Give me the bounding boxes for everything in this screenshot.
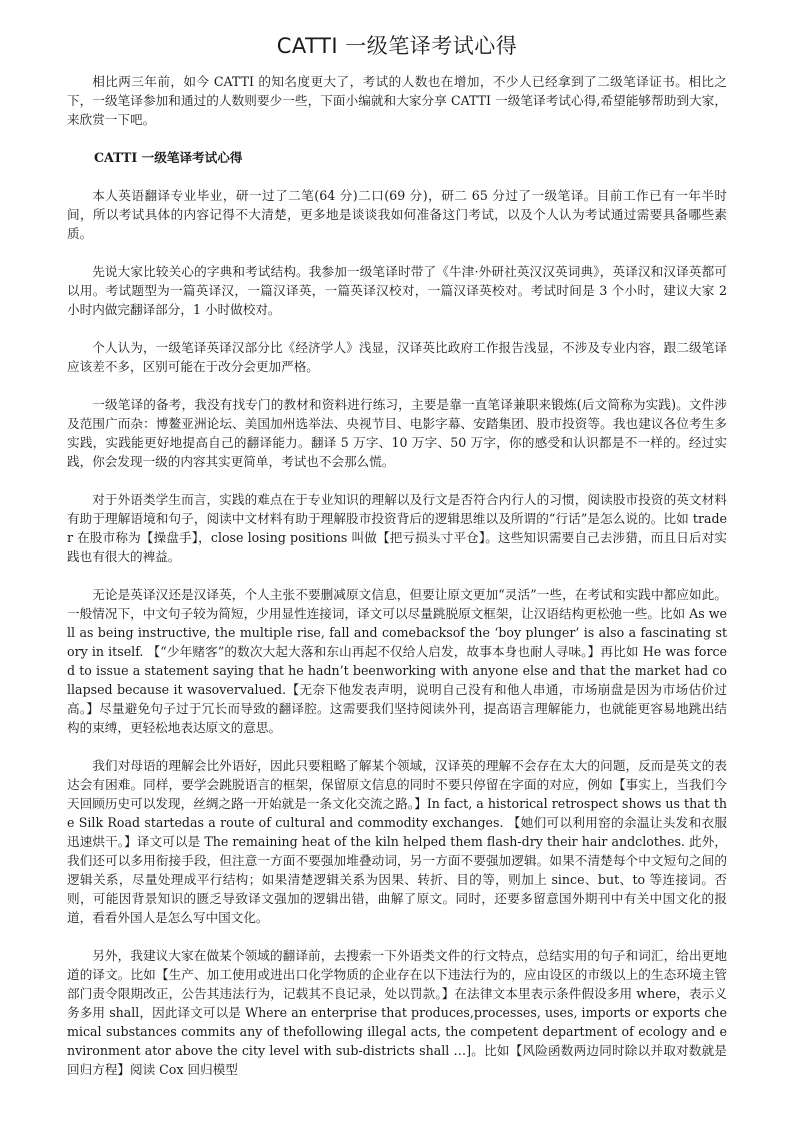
paragraph-mother-tongue: 我们对母语的理解会比外语好，因此只要粗略了解某个领域，汉译英的理解不会存在太大的…	[67, 756, 727, 927]
document-title: CATTI 一级笔译考试心得	[67, 30, 727, 62]
paragraph-dictionary-structure: 先说大家比较关心的字典和考试结构。我参加一级笔译时带了《牛津·外研社英汉汉英词典…	[67, 262, 727, 319]
paragraph-flexibility: 无论是英译汉还是汉译英，个人主张不要删减原文信息，但要让原文更加“灵活”一些，在…	[67, 585, 727, 737]
document-page: CATTI 一级笔译考试心得 相比两三年前，如今 CATTI 的知名度更大了，考…	[67, 30, 727, 1098]
intro-paragraph: 相比两三年前，如今 CATTI 的知名度更大了，考试的人数也在增加，不少人已经拿…	[67, 72, 727, 129]
paragraph-background: 本人英语翻译专业毕业，研一过了二笔(64 分)二口(69 分)，研二 65 分过…	[67, 186, 727, 243]
paragraph-research-style: 另外，我建议大家在做某个领域的翻译前，去搜索一下外语类文件的行文特点，总结实用的…	[67, 946, 727, 1079]
section-heading: CATTI 一级笔译考试心得	[67, 148, 727, 167]
paragraph-preparation: 一级笔译的备考，我没有找专门的教材和资料进行练习，主要是靠一直笔译兼职来锻炼(后…	[67, 395, 727, 471]
paragraph-domain-knowledge: 对于外语类学生而言，实践的难点在于专业知识的理解以及行文是否符合内行人的习惯，阅…	[67, 490, 727, 566]
paragraph-difficulty: 个人认为，一级笔译英译汉部分比《经济学人》浅显，汉译英比政府工作报告浅显，不涉及…	[67, 338, 727, 376]
